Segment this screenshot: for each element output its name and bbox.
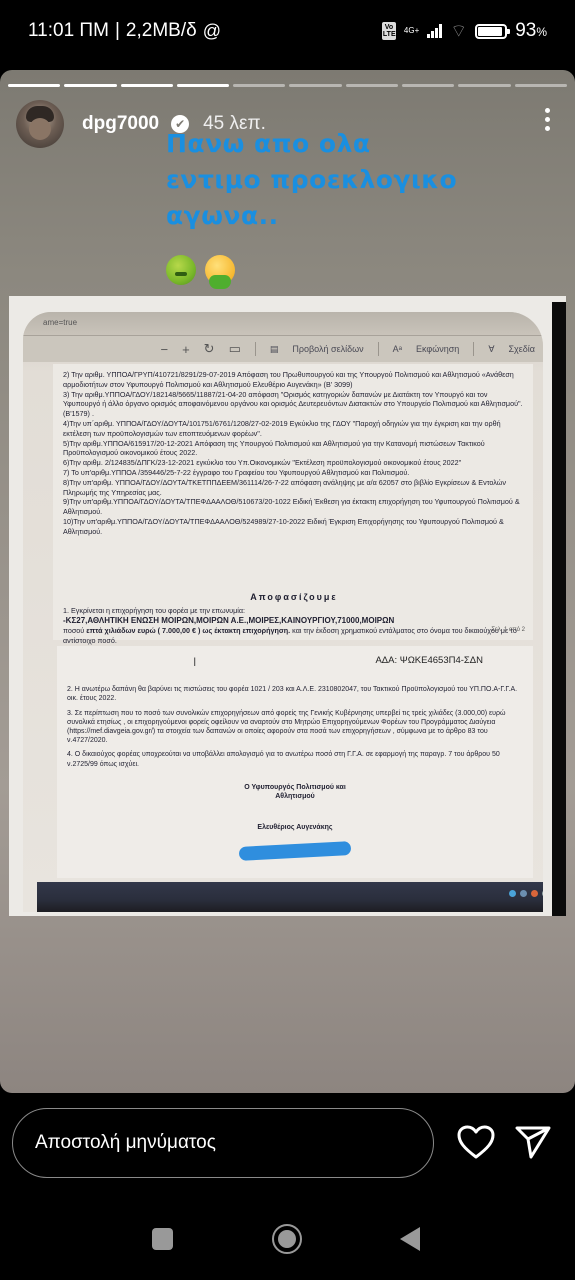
doc-paragraph: 9)Την υπ'αριθμ.ΥΠΠΟΑ/ΓΔΟΥ/ΔΟΥΤΑ/ΤΠΕΦΔΑΑΛ…	[63, 497, 525, 517]
avatar[interactable]	[16, 100, 64, 148]
doc-paragraph: 10)Την υπ'αριθμ.ΥΠΠΟΑ/ΓΔΟΥ/ΔΟΥΤΑ/ΤΠΕΦΔΑΑ…	[63, 517, 525, 537]
emoji-row	[166, 255, 235, 285]
blue-scribble	[239, 841, 352, 861]
decision-item-4: 4. Ο δικαιούχος φορέας υποχρεούται να υπ…	[67, 750, 523, 768]
doc-paragraph: 3) Την αριθμ.ΥΠΠΟΑ/ΓΔΟΥ/182148/5665/1188…	[63, 390, 525, 419]
progress-segment	[121, 84, 173, 87]
sync-icon: @	[203, 21, 221, 42]
navigation-bar	[0, 1210, 575, 1270]
fit-page-icon: ▭	[229, 341, 241, 357]
progress-segment	[402, 84, 454, 87]
home-button[interactable]	[272, 1224, 302, 1254]
document-page-1: 2) Την αριθμ. ΥΠΠΟΑ/ΓΡΥΠ/410721/8291/29-…	[53, 364, 533, 640]
page-view-icon: ▤	[270, 344, 279, 355]
story-viewer[interactable]: dpg7000 ✔ 45 λεπ. Πανω απο ολα εντιμο πρ…	[0, 70, 575, 1093]
draw-label: Σχεδία	[508, 344, 535, 354]
browser-url-fragment: ame=true	[23, 312, 543, 336]
doc-paragraph: 7) Το υπ'αριθμ.ΥΠΠΟΑ /359446/25-7-22 έγγ…	[63, 468, 525, 478]
decision-item-3: 3. Σε περίπτωση που το ποσό των συνολικώ…	[67, 709, 523, 746]
windows-taskbar	[37, 882, 543, 912]
data-speed: 2,2MB/δ	[126, 20, 197, 42]
ada-code: ΑΔΑ: ΨΩΚΕ4653Π4-ΣΔΝ	[67, 656, 483, 665]
read-aloud-icon: Aᵃ	[393, 344, 402, 354]
zoom-in-icon: +	[182, 342, 190, 357]
rotate-icon: ↻	[204, 341, 215, 357]
face-vomiting-icon	[205, 255, 235, 285]
battery-percent: 93%	[515, 20, 547, 42]
username[interactable]: dpg7000	[82, 113, 159, 135]
progress-segment	[233, 84, 285, 87]
text-cursor-icon: I	[193, 658, 196, 667]
heart-icon[interactable]	[456, 1124, 496, 1160]
send-icon[interactable]	[514, 1124, 552, 1160]
progress-segment	[64, 84, 116, 87]
page-view-label: Προβολή σελίδων	[292, 344, 363, 354]
clock: 11:01 ΠΜ	[28, 20, 109, 42]
document-page-2: I ΑΔΑ: ΨΩΚΕ4653Π4-ΣΔΝ 2. Η ανωτέρω δαπάν…	[57, 646, 533, 878]
decision-item-1: 1. Εγκρίνεται η επιχορήγηση του φορέα με…	[63, 606, 525, 616]
signal-icon	[427, 24, 442, 38]
doc-paragraph: 5)Την αριθμ.ΥΠΠΟΑ/615917/20-12-2021 Απόφ…	[63, 439, 525, 459]
more-options-icon[interactable]	[541, 108, 553, 131]
battery-icon	[475, 24, 507, 39]
system-tray	[509, 890, 543, 897]
decision-heading: Αποφασίζουμε	[63, 593, 525, 603]
story-photo: ame=true − + ↻ ▭ ▤ Προβολή σελίδων Aᵃ Εκ…	[9, 296, 566, 916]
nauseated-face-icon	[166, 255, 196, 285]
progress-segment	[8, 84, 60, 87]
photographed-screen: ame=true − + ↻ ▭ ▤ Προβολή σελίδων Aᵃ Εκ…	[23, 312, 543, 912]
read-aloud-label: Εκφώνηση	[416, 344, 459, 354]
doc-paragraph: 8)Την υπ'αριθμ. ΥΠΠΟΑ/ΓΔΟΥ/ΔΟΥΤΑ/ΤΚΕΤΠΠΔ…	[63, 478, 525, 498]
wifi-icon: ⌔	[450, 20, 467, 43]
photo-edge	[552, 302, 566, 916]
amount-line: ποσού επτά χιλιάδων ευρώ ( 7.000,00 € ) …	[63, 626, 525, 646]
signature-name: Ελευθέριος Αυγενάκης	[67, 823, 523, 832]
story-caption: Πανω απο ολα εντιμο προεκλογικο αγωνα..	[166, 126, 526, 234]
page-number: Σελ. 1 από 2	[491, 626, 525, 636]
back-button[interactable]	[400, 1227, 420, 1251]
pdf-toolbar: − + ↻ ▭ ▤ Προβολή σελίδων Aᵃ Εκφώνηση ∀ …	[23, 336, 543, 362]
message-input[interactable]: Αποστολή μηνύματος	[12, 1108, 434, 1178]
signature-title: Ο Υφυπουργός Πολιτισμού και Αθλητισμού	[67, 783, 523, 801]
message-placeholder: Αποστολή μηνύματος	[35, 1132, 216, 1154]
story-progress	[8, 84, 567, 87]
progress-segment	[515, 84, 567, 87]
status-separator: |	[115, 20, 120, 42]
doc-paragraph: 6)Την αριθμ. 2/124835/ΔΠΓΚ/23-12-2021 εγ…	[63, 458, 525, 468]
network-type: 4G+	[404, 27, 419, 35]
progress-segment	[458, 84, 510, 87]
doc-paragraph: 4)Την υπ΄αριθμ. ΥΠΠΟΑ/ΓΔΟΥ/ΔΟΥΤΑ/101751/…	[63, 419, 525, 439]
progress-segment	[289, 84, 341, 87]
progress-segment	[346, 84, 398, 87]
zoom-out-icon: −	[160, 342, 168, 357]
recents-button[interactable]	[152, 1228, 173, 1250]
decision-item-2: 2. Η ανωτέρω δαπάνη θα βαρύνει τις πιστώ…	[67, 685, 523, 703]
volte-icon: Vo LTE	[382, 22, 396, 40]
entity-name: -ΚΣ27,ΑΘΛΗΤΙΚΗ ΕΝΩΣΗ ΜΟΙΡΩΝ,ΜΟΙΡΩΝ Α.Ε.,…	[63, 616, 525, 626]
doc-paragraph: 2) Την αριθμ. ΥΠΠΟΑ/ΓΡΥΠ/410721/8291/29-…	[63, 370, 525, 390]
draw-icon: ∀	[488, 344, 494, 355]
status-bar: 11:01 ΠΜ | 2,2MB/δ @ Vo LTE 4G+ ⌔ 93%	[0, 0, 575, 62]
progress-segment	[177, 84, 229, 87]
